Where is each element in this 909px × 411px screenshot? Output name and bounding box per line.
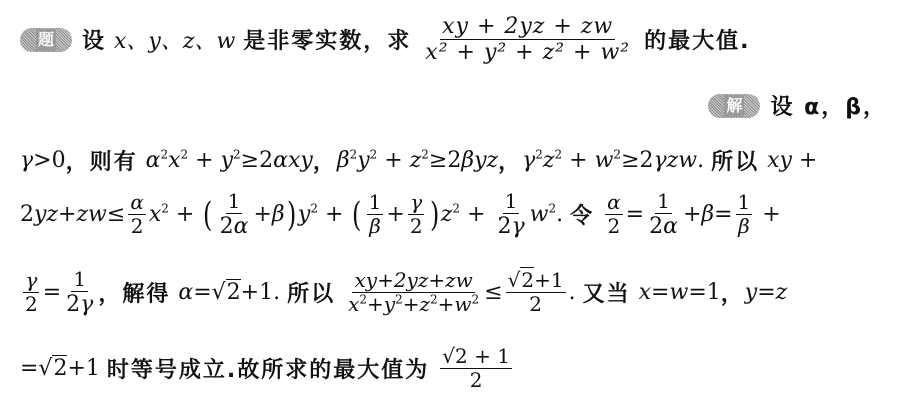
problem-expr-denominator: x² + y² + z² + w² <box>423 40 632 65</box>
problem-expr-numerator: xy + 2yz + zw <box>440 14 615 40</box>
problem-lead: 设 <box>82 24 106 55</box>
problem-text1: 是非零实数，求 <box>243 24 411 55</box>
max-value-numerator: √2 + 1 <box>440 345 512 369</box>
solution-line-4: γ2= 12γ ，解得 α=√2+1. 所以 xy+2yz+zwx2+y2+z2… <box>20 268 787 317</box>
max-value-denominator: 2 <box>468 369 485 392</box>
problem-vars: x、y、z、w <box>114 24 235 55</box>
solution-line1: 设 α，β， <box>770 90 887 121</box>
text-solve: ，解得 <box>98 277 170 308</box>
text-conclusion: 故所求的最大值为 <box>237 353 429 384</box>
solution-line-2: γ>0，则有 α2x2 + y2≥2αxy， β2y2 + z2≥2βyz， γ… <box>20 145 817 176</box>
text-therefore-2: 所以 <box>287 277 335 308</box>
problem-badge-icon: 题 <box>20 28 72 52</box>
solution-heading: 解 设 α，β， <box>708 90 887 121</box>
text-when: 又当 <box>583 277 631 308</box>
solution-badge-icon: 解 <box>708 94 760 118</box>
text-then: ，则有 <box>66 145 138 176</box>
problem-expression: xy + 2yz + zw x² + y² + z² + w² <box>423 14 632 66</box>
text-therefore: 所以 <box>711 145 759 176</box>
solution-line-5: =√2+1 时等号成立. 故所求的最大值为 √2 + 1 2 <box>20 345 515 392</box>
problem-text2: 的最大值. <box>644 24 750 55</box>
text-equality-holds: 时等号成立. <box>107 353 237 384</box>
text-let: 令 <box>570 199 594 230</box>
solution-line-3: 2yz+zw≤ α2x2 + (12α+β)y2 + (1β+γ2)z2 + 1… <box>20 190 781 239</box>
problem-statement: 题 设 x、y、z、w 是非零实数，求 xy + 2yz + zw x² + y… <box>20 14 750 66</box>
max-value: √2 + 1 2 <box>440 345 512 392</box>
